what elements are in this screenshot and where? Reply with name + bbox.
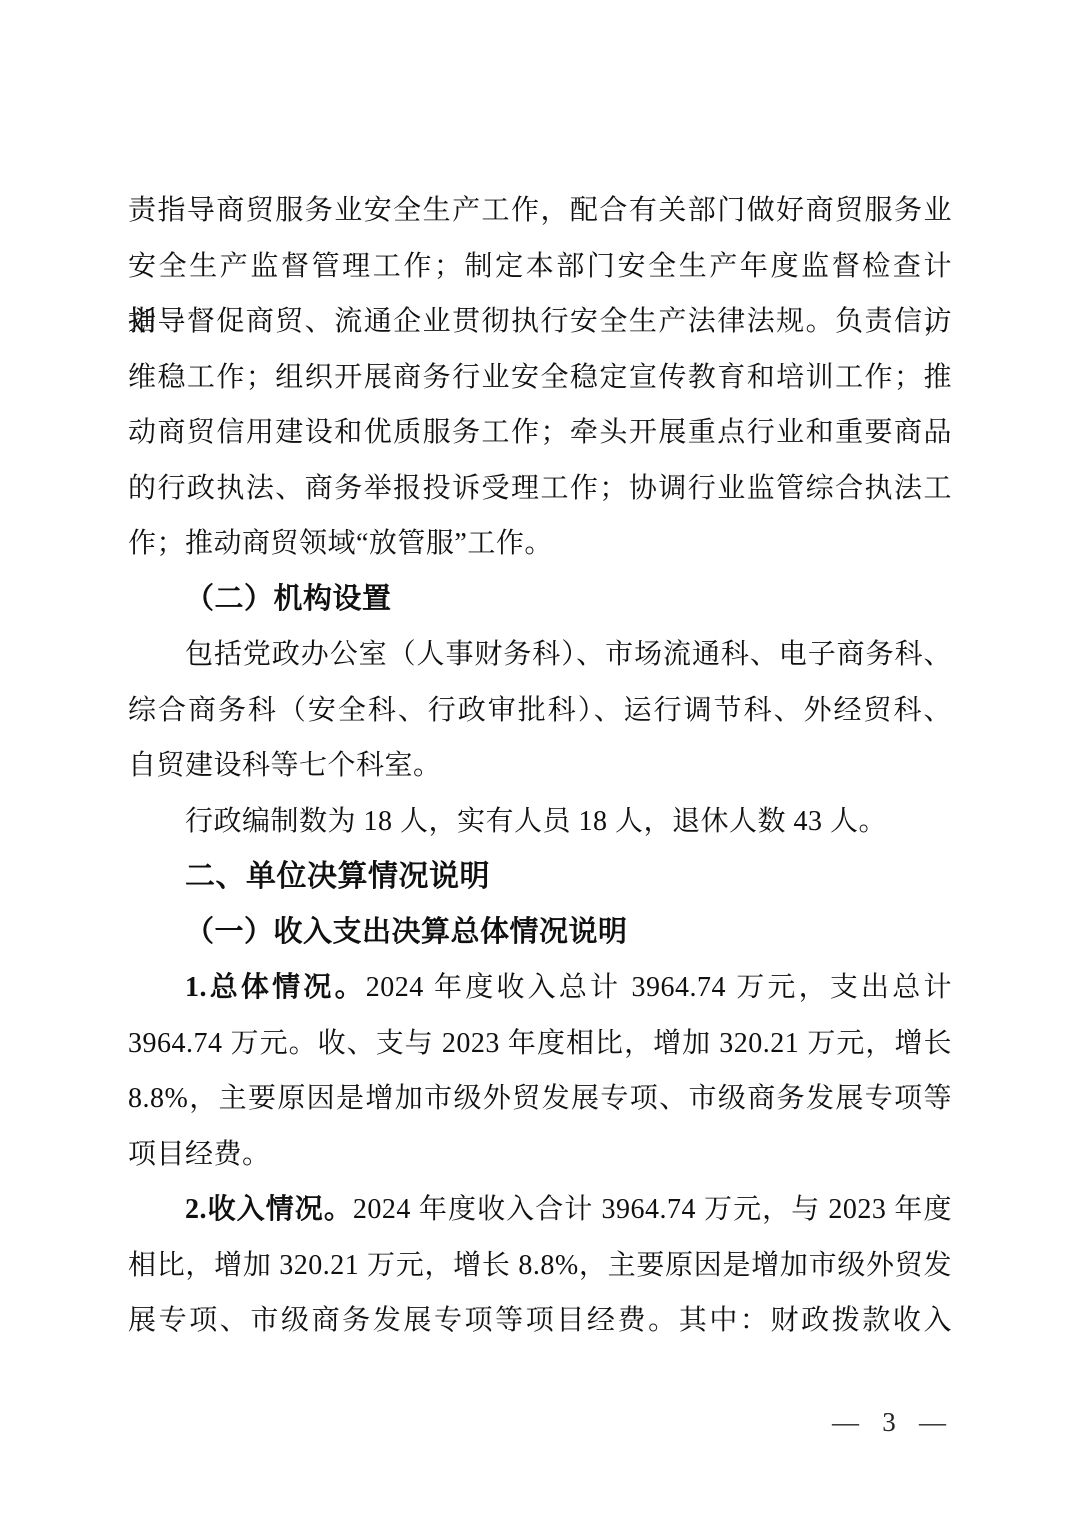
document-page: 责指导商贸服务业安全生产工作，配合有关部门做好商贸服务业安全生产监督管理工作；制… — [0, 0, 1075, 1520]
paragraph-text: 2024 年度收入总计 3964.74 万元，支出总计 — [366, 972, 952, 1003]
text-line: 1.总体情况。2024 年度收入总计 3964.74 万元，支出总计 — [128, 960, 952, 1016]
text-line: 的行政执法、商务举报投诉受理工作；协调行业监管综合执法工 — [128, 461, 952, 517]
paragraph-lead: 2.收入情况。 — [185, 1194, 353, 1225]
text-line: 安全生产监督管理工作；制定本部门安全生产年度监督检查计划， — [128, 239, 952, 295]
text-line: 综合商务科（安全科、行政审批科）、运行调节科、外经贸科、 — [128, 683, 952, 739]
page-footer: — 3 — — [832, 1404, 946, 1440]
text-line: 责指导商贸服务业安全生产工作，配合有关部门做好商贸服务业 — [128, 183, 952, 239]
footer-dash-left: — — [832, 1404, 859, 1440]
text-line: 3964.74 万元。收、支与 2023 年度相比，增加 320.21 万元，增… — [128, 1016, 952, 1072]
sub-heading: （一）收入支出决算总体情况说明 — [128, 905, 952, 961]
text-line: 行政编制数为 18 人，实有人员 18 人，退休人数 43 人。 — [128, 794, 952, 850]
footer-dash-right: — — [919, 1404, 946, 1440]
text-line: 2.收入情况。2024 年度收入合计 3964.74 万元，与 2023 年度 — [128, 1182, 952, 1238]
page-number: 3 — [882, 1404, 896, 1440]
paragraph-text: 2024 年度收入合计 3964.74 万元，与 2023 年度 — [353, 1194, 952, 1225]
text-line: 作；推动商贸领域“放管服”工作。 — [128, 516, 952, 572]
text-line: 动商贸信用建设和优质服务工作；牵头开展重点行业和重要商品 — [128, 405, 952, 461]
paragraph-lead: 1.总体情况。 — [185, 972, 366, 1003]
text-line: 指导督促商贸、流通企业贯彻执行安全生产法律法规。负责信访 — [128, 294, 952, 350]
section-heading: 二、单位决算情况说明 — [128, 849, 952, 905]
text-line: 维稳工作；组织开展商务行业安全稳定宣传教育和培训工作；推 — [128, 350, 952, 406]
text-line: 项目经费。 — [128, 1127, 952, 1183]
sub-heading: （二）机构设置 — [128, 572, 952, 628]
text-line: 相比，增加 320.21 万元，增长 8.8%，主要原因是增加市级外贸发 — [128, 1238, 952, 1294]
text-line: 展专项、市级商务发展专项等项目经费。其中：财政拨款收入 — [128, 1293, 952, 1349]
text-line: 8.8%，主要原因是增加市级外贸发展专项、市级商务发展专项等 — [128, 1071, 952, 1127]
document-body: 责指导商贸服务业安全生产工作，配合有关部门做好商贸服务业安全生产监督管理工作；制… — [128, 183, 952, 1349]
text-line: 自贸建设科等七个科室。 — [128, 738, 952, 794]
text-line: 包括党政办公室（人事财务科）、市场流通科、电子商务科、 — [128, 627, 952, 683]
